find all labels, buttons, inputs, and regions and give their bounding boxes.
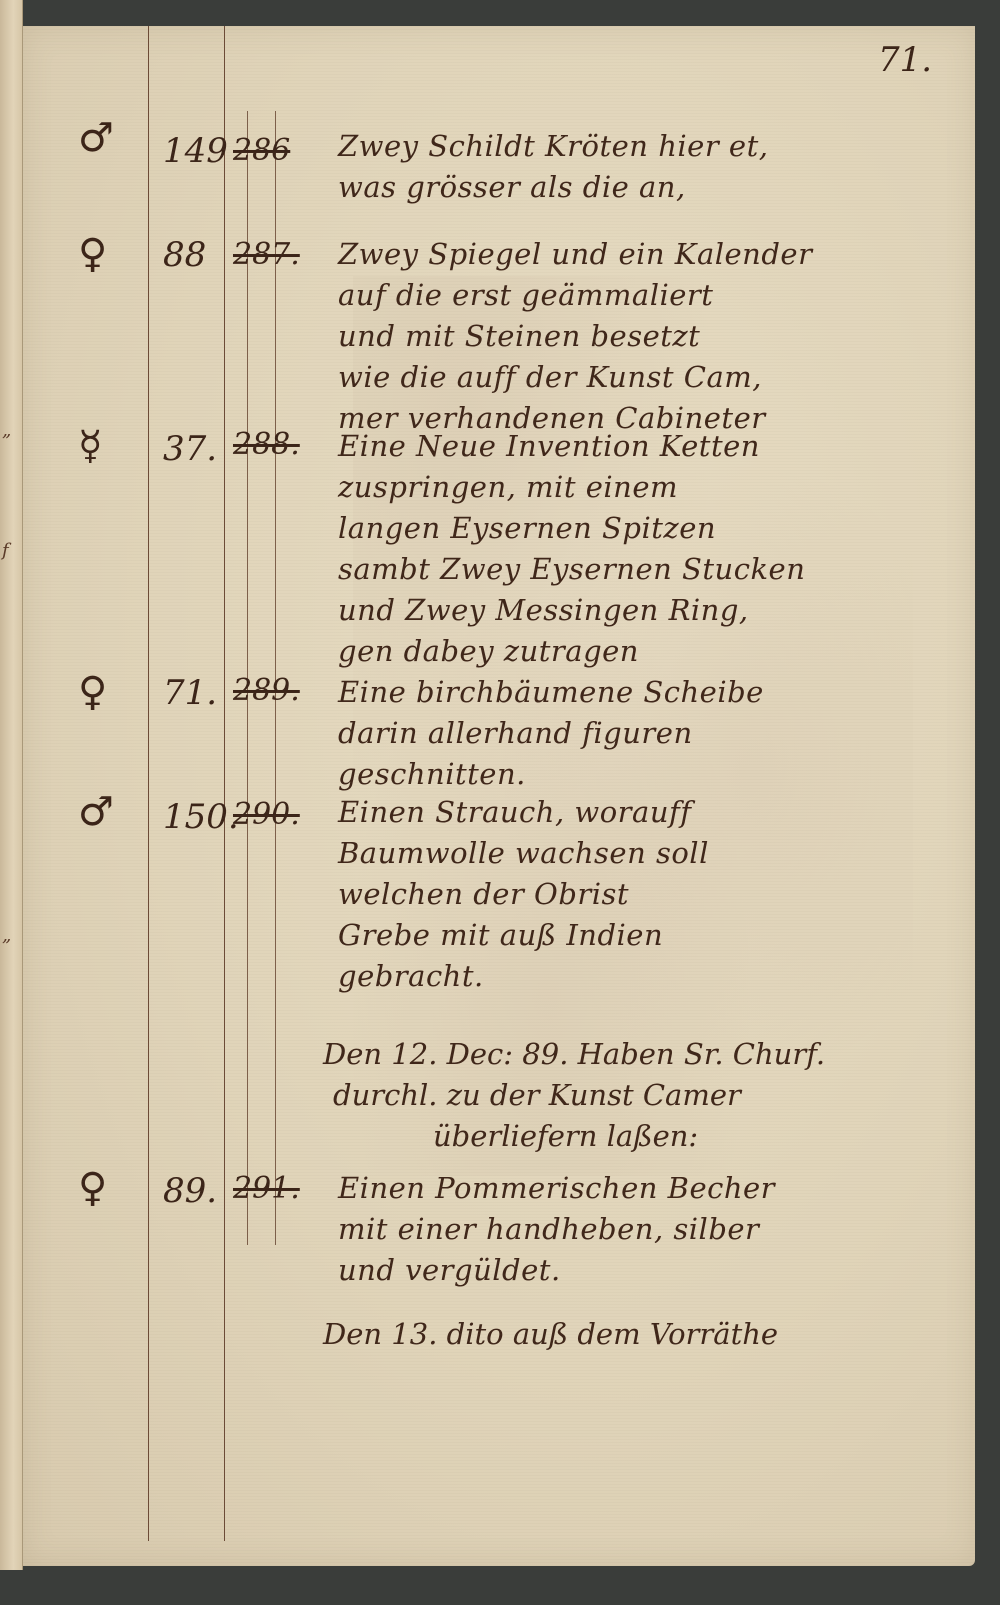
struck-old-number: 288.	[233, 430, 300, 460]
text-line: sambt Zwey Eysernen Stucken	[338, 549, 958, 590]
text-line: Eine birchbäumene Scheibe	[338, 672, 958, 713]
text-line: wie die auff der Kunst Cam,	[338, 357, 958, 398]
previous-page-edge: „ f „	[0, 0, 23, 1570]
entry-number: 89.	[163, 1174, 217, 1208]
text-line: was grösser als die an,	[338, 167, 958, 208]
date-note: Den 12. Dec: 89. Haben Sr. Churf. durchl…	[323, 1034, 963, 1157]
text-line: auf die erst geämmaliert	[338, 275, 958, 316]
struck-old-number: 290.	[233, 800, 300, 830]
entry-description: Eine birchbäumene Scheibe darin allerhan…	[338, 672, 958, 795]
text-line: überliefern laßen:	[323, 1116, 963, 1157]
entry-number: 88	[163, 238, 206, 272]
text-line: Grebe mit auß Indien	[338, 915, 958, 956]
entry-number: 71.	[163, 676, 217, 710]
entry-description: Zwey Schildt Kröten hier et, was grösser…	[338, 126, 958, 208]
margin-rule-2	[224, 26, 225, 1541]
text-line: Den 13. dito auß dem Vorräthe	[323, 1314, 963, 1355]
entry-number: 150.	[163, 800, 239, 834]
struck-old-number: 289.	[233, 676, 300, 706]
manuscript-page: 71. ♂ 149 286 Zwey Schildt Kröten hier e…	[23, 26, 975, 1566]
quadrate-cross-symbol-icon: ♀	[78, 1168, 107, 1208]
text-line: Eine Neue Invention Ketten	[338, 426, 958, 467]
bleed-mark: „	[2, 420, 11, 441]
mars-iron-symbol-icon: ♂	[78, 792, 114, 832]
text-line: und vergüldet.	[338, 1250, 958, 1291]
text-line: zuspringen, mit einem	[338, 467, 958, 508]
bleed-mark: „	[2, 925, 11, 946]
text-line: Den 12. Dec: 89. Haben Sr. Churf.	[323, 1034, 963, 1075]
entry-description: Einen Pommerischen Becher mit einer hand…	[338, 1168, 958, 1291]
date-note: Den 13. dito auß dem Vorräthe	[323, 1314, 963, 1355]
text-line: und Zwey Messingen Ring,	[338, 590, 958, 631]
struck-old-number: 286	[233, 136, 290, 166]
text-line: langen Eysernen Spitzen	[338, 508, 958, 549]
entry-number: 149	[163, 134, 228, 168]
entry-description: Einen Strauch, worauff Baumwolle wachsen…	[338, 792, 958, 997]
venus-copper-symbol-icon: ♀	[78, 672, 107, 712]
margin-rule-1	[148, 26, 149, 1541]
text-line: Einen Strauch, worauff	[338, 792, 958, 833]
struck-old-number: 291.	[233, 1174, 300, 1204]
text-line: und mit Steinen besetzt	[338, 316, 958, 357]
text-line: gebracht.	[338, 956, 958, 997]
quadrate-cross-symbol-icon: ♀	[78, 234, 107, 274]
text-line: Einen Pommerischen Becher	[338, 1168, 958, 1209]
text-line: darin allerhand figuren	[338, 713, 958, 754]
mercury-symbol-icon: ☿	[78, 426, 103, 466]
entry-description: Zwey Spiegel und ein Kalender auf die er…	[338, 234, 958, 439]
bleed-mark: f	[2, 540, 9, 561]
entry-number: 37.	[163, 432, 217, 466]
text-line: Baumwolle wachsen soll	[338, 833, 958, 874]
mars-iron-symbol-icon: ♂	[78, 118, 114, 158]
page-number: 71.	[878, 40, 932, 80]
text-line: gen dabey zutragen	[338, 631, 958, 672]
text-line: mit einer handheben, silber	[338, 1209, 958, 1250]
text-line: geschnitten.	[338, 754, 958, 795]
entry-description: Eine Neue Invention Ketten zuspringen, m…	[338, 426, 958, 672]
struck-old-number: 287.	[233, 240, 300, 270]
text-line: durchl. zu der Kunst Camer	[323, 1075, 963, 1116]
text-line: Zwey Spiegel und ein Kalender	[338, 234, 958, 275]
text-line: Zwey Schildt Kröten hier et,	[338, 126, 958, 167]
text-line: welchen der Obrist	[338, 874, 958, 915]
